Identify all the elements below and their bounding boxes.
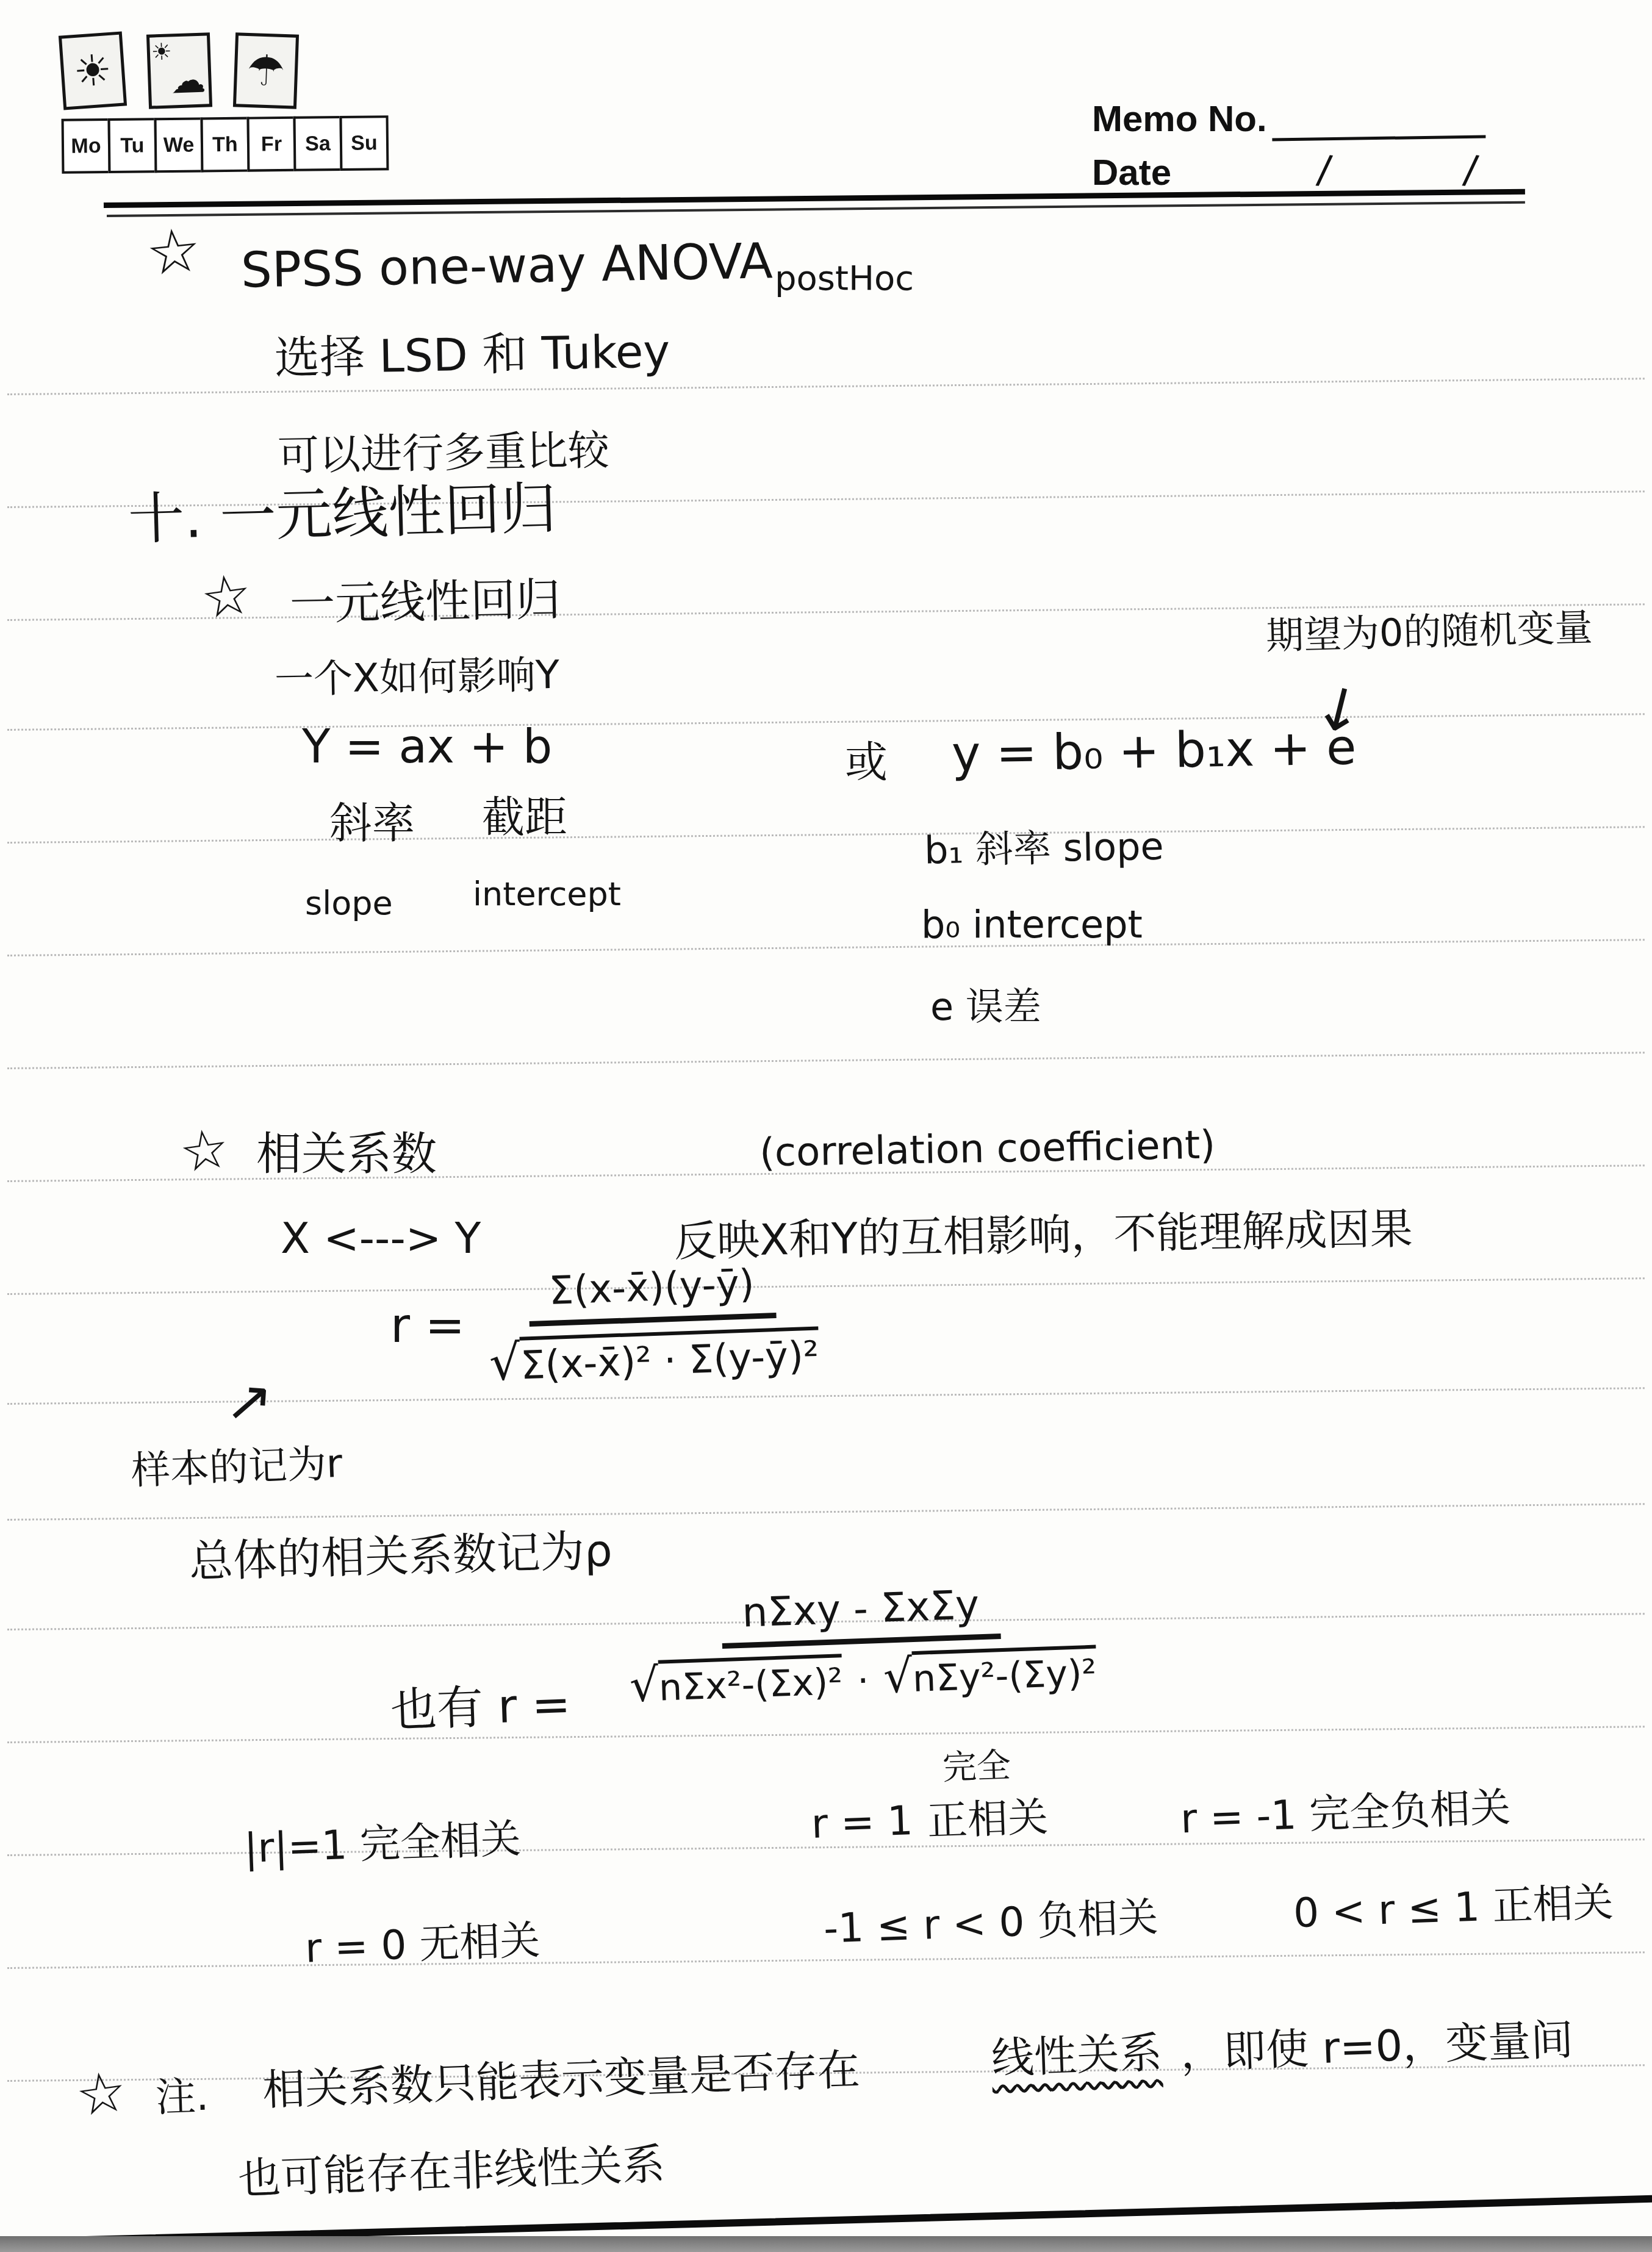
ruled-line (7, 1277, 1645, 1295)
sample-note: 样本的记为r (131, 1442, 343, 1494)
r-formula-lhs: r = (390, 1299, 465, 1354)
day-cell-sa: Sa (293, 116, 343, 171)
r-formula-numerator: Σ(x-x̄)(y-ȳ) (528, 1261, 777, 1327)
also-formula-lhs: 也有 r = (390, 1677, 572, 1737)
also-formula-numerator: nΣxy - ΣxΣy (720, 1581, 1001, 1649)
spss-select-line: 选择 LSD 和 Tukey (274, 326, 670, 384)
r-formula-denominator-body: Σ(x-x̄)² · Σ(y-ȳ)² (519, 1326, 819, 1388)
corr-case-r-neg: r = -1 完全负相关 (1180, 1785, 1512, 1843)
slope-label-en: slope (305, 884, 393, 922)
intercept-label-en: intercept (473, 875, 621, 913)
memo-no-blank-line (1271, 101, 1485, 142)
also-denominator-part1: nΣx²-(Σx)² (658, 1654, 843, 1709)
memo-no-label: Memo No. (1092, 98, 1267, 140)
ruled-line (7, 939, 1645, 956)
sun-icon: ☀ (59, 32, 127, 110)
b0-note: b₀ intercept (921, 903, 1143, 946)
sqrt-icon: √ (488, 1333, 521, 1391)
cloud-glyph: ☁ (170, 59, 206, 102)
corr-case-neg-range: -1 ≤ r < 0 负相关 (823, 1894, 1159, 1952)
also-formula-fraction: nΣxy - ΣxΣy √nΣx²-(Σx)²·√nΣy²-(Σy)² (627, 1578, 1097, 1712)
note-label: 注. (155, 2073, 210, 2121)
note-tail: ，即使 r=0，变量间 (1180, 2015, 1575, 2078)
regression-x-affects-y: 一个X如何影响Y (274, 653, 559, 703)
correlation-title-en: (correlation coefficient) (759, 1123, 1215, 1176)
ruled-line (7, 1951, 1645, 1969)
corr-case-abs-r: |r|=1 完全相关 (243, 1816, 522, 1872)
up-right-arrow-icon: ↗ (223, 1368, 275, 1435)
note-body: 相关系数只能表示变量是否存在 (262, 2045, 861, 2115)
day-cell-tu: Tu (108, 118, 157, 173)
also-denominator-part2: nΣy²-(Σy)² (912, 1645, 1097, 1701)
corr-case-r-pos-prefix: r = 1 (811, 1798, 914, 1848)
multiplication-dot: · (842, 1659, 884, 1703)
day-cell-mo: Mo (62, 118, 111, 174)
memo-no-row: Memo No. (1092, 98, 1485, 140)
regression-subtitle: 一元线性回归 (289, 574, 561, 631)
regression-eq-full: y = b₀ + b₁x + e (951, 719, 1357, 783)
regression-eq-simple: Y = ax + b (302, 720, 552, 773)
or-label: 或 (845, 738, 888, 787)
star-bullet-regression: ☆ (197, 561, 256, 632)
umbrella-icon: ☂ (233, 32, 299, 109)
day-cell-we: We (154, 117, 204, 173)
weekday-row: Mo Tu We Th Fr Sa Su (64, 115, 389, 174)
memo-page: ☀ ☀ ☁ ☂ Mo Tu We Th Fr Sa Su Memo No. Da… (0, 0, 1652, 2252)
note-highlight-linear: 线性关系 (991, 2028, 1163, 2083)
star-bullet-correlation: ☆ (176, 1116, 233, 1186)
star-bullet-spss: ☆ (143, 214, 204, 290)
ruled-line (7, 1052, 1645, 1069)
error-term-annotation: 期望为0的随机变量 (1265, 606, 1593, 658)
small-sun-glyph: ☀ (151, 38, 173, 65)
spss-title: SPSS one-way ANOVA (240, 233, 773, 298)
r-formula-fraction: Σ(x-x̄)(y-ȳ) √Σ(x-x̄)² · Σ(y-ȳ)² (486, 1260, 820, 1391)
ruled-line (7, 1503, 1645, 1521)
corr-case-r-pos-superscript: 完全 (942, 1746, 1011, 1788)
xy-relation: X <---> Y (281, 1214, 481, 1263)
correlation-title-cn: 相关系数 (256, 1128, 437, 1180)
corr-case-r-pos-label: 正相关 (927, 1795, 1049, 1845)
date-label: Date (1092, 152, 1171, 193)
spss-compare-line: 可以进行多重比较 (277, 427, 609, 481)
intercept-label-cn: 截距 (482, 793, 567, 842)
sun-glyph: ☀ (72, 45, 113, 97)
star-bullet-note: ☆ (72, 2059, 131, 2129)
day-cell-fr: Fr (247, 117, 296, 172)
scan-shadow-band (0, 2236, 1652, 2252)
ruled-line (7, 826, 1645, 844)
regression-heading: 十. 一元线性回归 (127, 476, 558, 552)
b1-note: b₁ 斜率 slope (924, 825, 1164, 872)
slope-label-cn: 斜率 (329, 799, 415, 848)
note-line2: 也可能存在非线性关系 (237, 2140, 666, 2204)
r-formula-denominator: √Σ(x-x̄)² · Σ(y-ȳ)² (488, 1316, 820, 1391)
e-note: e 误差 (930, 985, 1041, 1028)
population-note: 总体的相关系数记为ρ (189, 1526, 613, 1587)
ruled-line (7, 1726, 1645, 1743)
xy-note: 反映X和Y的互相影响，不能理解成因果 (673, 1204, 1413, 1266)
ruled-line (7, 378, 1645, 395)
corr-case-r-zero: r = 0 无相关 (304, 1917, 541, 1971)
corr-case-pos-range: 0 < r ≤ 1 正相关 (1293, 1879, 1614, 1937)
day-cell-th: Th (201, 117, 250, 173)
date-slash-2: / (1461, 147, 1481, 193)
weather-icon-row: ☀ ☀ ☁ ☂ (61, 34, 298, 108)
sqrt-icon: √ (883, 1649, 914, 1704)
partly-cloudy-icon: ☀ ☁ (146, 32, 212, 109)
umbrella-glyph: ☂ (246, 45, 286, 96)
day-cell-su: Su (340, 115, 389, 171)
also-formula-denominator: √nΣx²-(Σx)²·√nΣy²-(Σy)² (628, 1636, 1097, 1712)
date-slash-1: / (1315, 147, 1334, 193)
spss-posthoc: postHoc (775, 259, 914, 298)
date-row: Date / / (1092, 151, 1556, 193)
sqrt-icon: √ (629, 1658, 660, 1713)
ruled-line (7, 713, 1645, 731)
